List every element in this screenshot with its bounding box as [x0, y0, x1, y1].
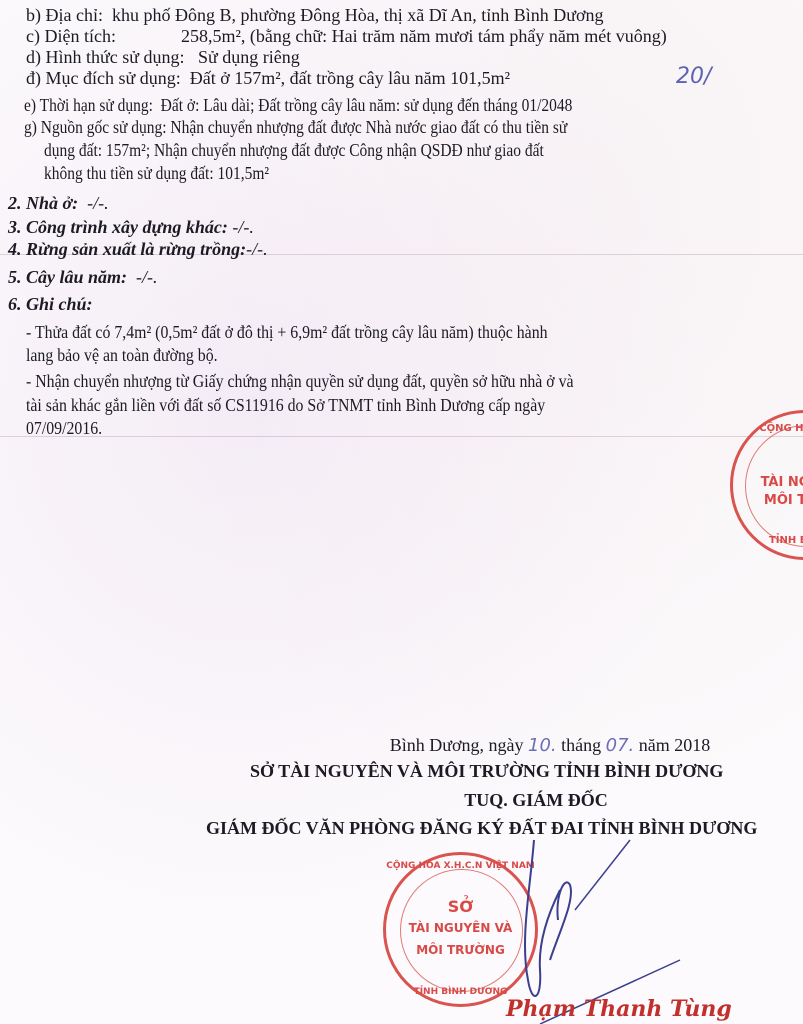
date-year: năm 2018: [639, 735, 711, 755]
section-production-forest: 4. Rừng sản xuất là rừng trồng:-/-.: [8, 238, 268, 260]
area-value: 258,5m², (bằng chữ: Hai trăm năm mươi tá…: [181, 26, 667, 46]
section-heading: 5. Cây lâu năm:: [8, 267, 127, 287]
usage-form-value: Sử dụng riêng: [198, 47, 300, 67]
section-house: 2. Nhà ở: -/-.: [8, 192, 109, 214]
term-row: e) Thời hạn sử dụng: Đất ở: Lâu dài; Đất…: [24, 94, 572, 116]
official-stamp-edge: CỘNG HÒA X TÀI NG MÔI T TỈNH BÌ: [730, 410, 803, 560]
authority-title: TUQ. GIÁM ĐỐC: [436, 790, 636, 811]
date-month: 07.: [606, 735, 635, 756]
origin-row: g) Nguồn gốc sử dụng: Nhận chuyển nhượng…: [24, 116, 567, 138]
stamp-ring-text: CỘNG HÒA X: [713, 423, 803, 434]
date-line: Bình Dương, ngày 10. tháng 07. năm 2018: [330, 735, 770, 756]
date-prefix: Bình Dương, ngày: [390, 735, 524, 755]
address-row: b) Địa chỉ: khu phố Đông B, phường Đông …: [26, 4, 604, 26]
address-label: b) Địa chỉ:: [26, 5, 103, 25]
note-line: 07/09/2016.: [26, 417, 102, 439]
handwritten-note: 20/: [676, 64, 711, 89]
stamp-text: TÀI NG: [693, 475, 803, 490]
purpose-label: đ) Mục đích sử dụng:: [26, 68, 181, 88]
note-line: lang bảo vệ an toàn đường bộ.: [26, 344, 218, 366]
section-heading: 4. Rừng sản xuất là rừng trồng:: [8, 239, 246, 259]
fold-line: [0, 436, 803, 437]
usage-form-row: d) Hình thức sử dụng: Sử dụng riêng: [26, 46, 300, 68]
section-perennial-trees: 5. Cây lâu năm: -/-.: [8, 266, 158, 288]
handwritten-signature-icon: [480, 830, 710, 1024]
term-label: e) Thời hạn sử dụng:: [24, 95, 153, 115]
origin-line2: dụng đất: 157m²; Nhận chuyển nhượng đất …: [44, 139, 544, 161]
origin-line3: không thu tiền sử dụng đất: 101,5m²: [44, 162, 269, 184]
notes-heading: 6. Ghi chú:: [8, 293, 93, 315]
note-line: - Nhận chuyển nhượng từ Giấy chứng nhận …: [26, 370, 574, 392]
note-line: tài sản khác gắn liền với đất số CS11916…: [26, 394, 545, 416]
section-value: -/-.: [246, 239, 268, 259]
section-value: -/-.: [136, 267, 158, 287]
area-label: c) Diện tích:: [26, 26, 116, 46]
stamp-ring-text: TỈNH BÌ: [703, 535, 803, 546]
section-other-construction: 3. Công trình xây dựng khác: -/-.: [8, 216, 254, 238]
section-value: -/-.: [87, 193, 109, 213]
document-page: b) Địa chỉ: khu phố Đông B, phường Đông …: [0, 0, 803, 1024]
section-heading: 2. Nhà ở:: [8, 193, 78, 213]
signer-name: Phạm Thanh Tùng: [506, 996, 732, 1022]
date-month-label: tháng: [561, 735, 601, 755]
address-value: khu phố Đông B, phường Đông Hòa, thị xã …: [112, 5, 604, 25]
origin-label: g) Nguồn gốc sử dụng:: [24, 117, 167, 137]
date-day: 10.: [528, 735, 557, 756]
issuing-organization: SỞ TÀI NGUYÊN VÀ MÔI TRƯỜNG TỈNH BÌNH DƯ…: [250, 761, 723, 782]
purpose-value: Đất ở 157m², đất trồng cây lâu năm 101,5…: [190, 68, 510, 88]
section-value: -/-.: [232, 217, 254, 237]
stamp-text: MÔI T: [693, 493, 803, 508]
area-row: c) Diện tích: 258,5m², (bằng chữ: Hai tr…: [26, 25, 667, 47]
note-line: - Thửa đất có 7,4m² (0,5m² đất ở đô thị …: [26, 321, 548, 343]
origin-line1: Nhận chuyển nhượng đất được Nhà nước gia…: [170, 117, 567, 137]
section-heading: 3. Công trình xây dựng khác:: [8, 217, 228, 237]
purpose-row: đ) Mục đích sử dụng: Đất ở 157m², đất tr…: [26, 67, 510, 89]
usage-form-label: d) Hình thức sử dụng:: [26, 47, 185, 67]
term-value: Đất ở: Lâu dài; Đất trồng cây lâu năm: s…: [161, 95, 573, 115]
